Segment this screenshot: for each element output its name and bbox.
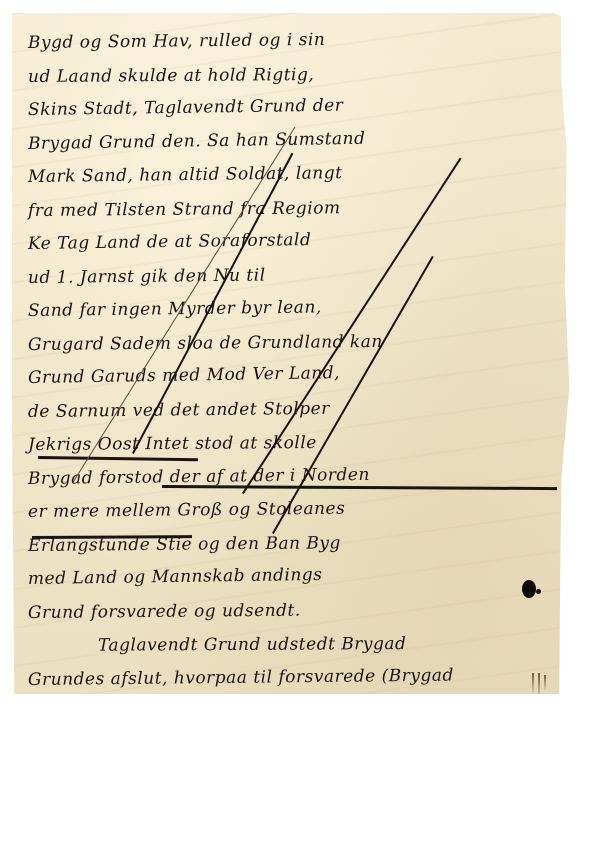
text-line-9: Sand far ingen Myrder byr lean,	[28, 289, 558, 329]
text-line-17: med Land og Mannskab andings	[28, 556, 558, 597]
manuscript-page: Bygd og Som Hav, rulled og i sin ud Laan…	[12, 13, 575, 694]
ink-drip	[544, 675, 546, 691]
text-line-19: Taglavendt Grund udstedt Brygad	[28, 627, 558, 663]
text-line-14: Brygad forstod der af at der i Norden	[28, 456, 558, 496]
text-line-12: de Sarnum ved det andet Stolper	[28, 390, 558, 429]
ink-blot	[522, 580, 536, 598]
text-line-7: Ke Tag Land de at Soraforstald	[28, 221, 558, 262]
text-line-1: Bygd og Som Hav, rulled og i sin	[28, 21, 558, 60]
ink-drip	[532, 673, 534, 695]
ink-drip	[538, 673, 540, 700]
text-line-11: Grund Garuds med Mod Ver Land,	[28, 354, 558, 396]
ink-blot	[536, 589, 541, 594]
text-line-5: Mark Sand, han altid Soldat, langt	[28, 155, 558, 195]
text-line-18: Grund forsvarede og udsendt.	[28, 592, 558, 630]
